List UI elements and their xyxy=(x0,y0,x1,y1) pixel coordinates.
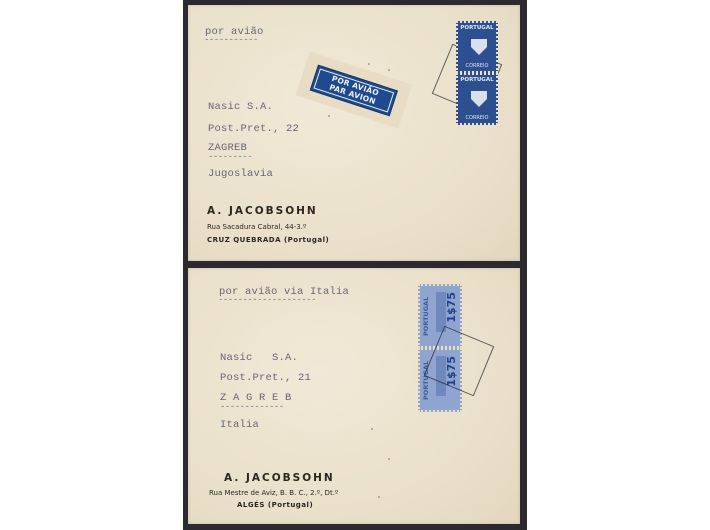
sender-locality: CRUZ QUEBRADA (Portugal) xyxy=(207,236,329,244)
stamp: PORTUGAL CORREIO xyxy=(456,21,498,73)
addressee-name: Nasic S.A. xyxy=(220,352,298,364)
addressee-country: Italia xyxy=(220,419,259,431)
stamp: PORTUGAL CORREIO xyxy=(456,73,498,125)
cover-bottom: por avião via Italia -------------------… xyxy=(188,268,520,524)
sender-name: A. JACOBSOHN xyxy=(207,205,318,217)
addressee-street: Post.Pret., 21 xyxy=(220,372,311,384)
shield-icon xyxy=(471,39,487,55)
city-underline: ------------- xyxy=(220,402,284,412)
addressee-street: Post.Pret., 22 xyxy=(208,123,299,135)
sender-address: Rua Mestre de Aviz, B. B. C., 2.º, Dt.º xyxy=(209,489,338,497)
sender-name: A. JACOBSOHN xyxy=(224,472,335,484)
addressee-name: Nasic S.A. xyxy=(208,101,273,113)
routing-underline: ----------- xyxy=(204,35,258,45)
city-underline: --------- xyxy=(208,152,252,162)
sender-locality: ALGÉS (Portugal) xyxy=(237,501,313,509)
sender-address: Rua Sacadura Cabral, 44-3.º xyxy=(207,223,306,231)
routing-underline: -------------------- xyxy=(218,295,316,305)
cover-top: por avião ----------- POR AVIÃO PAR AVIO… xyxy=(188,5,520,261)
addressee-country: Jugoslavia xyxy=(208,168,273,180)
airmail-label: POR AVIÃO PAR AVION xyxy=(296,51,413,128)
shield-icon xyxy=(471,91,487,107)
